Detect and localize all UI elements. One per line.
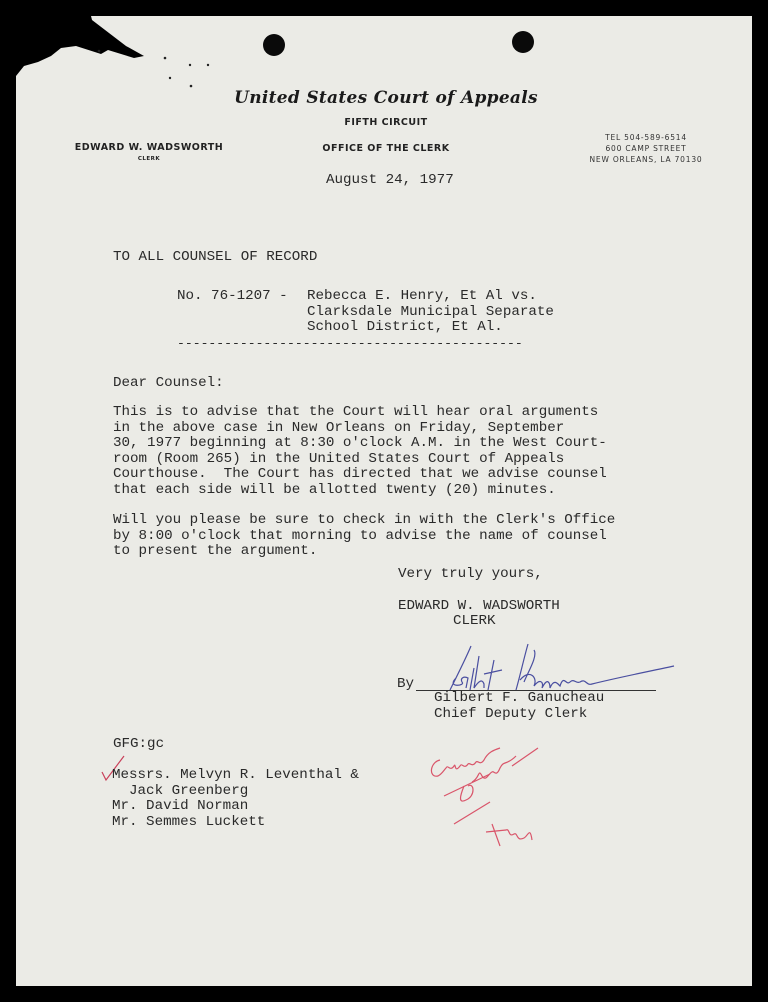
court-name: United States Court of Appeals (216, 88, 556, 108)
body-line: Will you please be sure to check in with… (113, 513, 615, 529)
cc-recipient: Jack Greenberg (112, 784, 359, 800)
letter-date: August 24, 1977 (326, 173, 454, 189)
clerk-name: EDWARD W. WADSWORTH (56, 142, 242, 153)
body-line: room (Room 265) in the United States Cou… (113, 452, 607, 468)
signer-title: CLERK (453, 614, 496, 630)
body-line: that each side will be allotted twenty (… (113, 483, 607, 499)
signatory-title: Chief Deputy Clerk (434, 707, 587, 723)
salutation: Dear Counsel: (113, 376, 224, 392)
punch-hole-left (263, 34, 285, 56)
cc-recipient: Messrs. Melvyn R. Leventhal & (112, 768, 359, 784)
cc-recipient: Mr. David Norman (112, 799, 359, 815)
case-title-line: Rebecca E. Henry, Et Al vs. (307, 289, 554, 305)
body-line: to present the argument. (113, 544, 615, 560)
addressee: TO ALL COUNSEL OF RECORD (113, 250, 317, 266)
office-label: OFFICE OF THE CLERK (256, 143, 516, 154)
complimentary-close: Very truly yours, (398, 567, 543, 583)
circuit-label: FIFTH CIRCUIT (256, 117, 516, 128)
signatory-name: Gilbert F. Ganucheau (434, 691, 604, 707)
body-line: in the above case in New Orleans on Frid… (113, 421, 607, 437)
city: NEW ORLEANS, LA 70130 (556, 154, 736, 165)
body-line: Courthouse. The Court has directed that … (113, 467, 607, 483)
address-block: TEL 504-589-6514 600 CAMP STREET NEW ORL… (556, 132, 736, 165)
case-title: Rebecca E. Henry, Et Al vs. Clarksdale M… (307, 289, 554, 336)
torn-corner (16, 16, 216, 96)
cc-recipient: Mr. Semmes Luckett (112, 815, 359, 831)
reference-initials: GFG:gc (113, 737, 164, 753)
case-title-line: Clarksdale Municipal Separate (307, 305, 554, 321)
handwritten-signature (416, 638, 676, 698)
punch-hole-right (512, 31, 534, 53)
body-paragraph-1: This is to advise that the Court will he… (113, 405, 607, 498)
handwritten-annotation (420, 738, 550, 848)
body-line: This is to advise that the Court will he… (113, 405, 607, 421)
by-label: By (397, 677, 414, 693)
case-title-line: School District, Et Al. (307, 320, 554, 336)
street: 600 CAMP STREET (556, 143, 736, 154)
body-paragraph-2: Will you please be sure to check in with… (113, 513, 615, 560)
letter-page: United States Court of Appeals FIFTH CIR… (16, 16, 752, 986)
phone: TEL 504-589-6514 (556, 132, 736, 143)
clerk-title: CLERK (56, 156, 242, 162)
cc-list: Messrs. Melvyn R. Leventhal & Jack Green… (112, 768, 359, 830)
body-line: by 8:00 o'clock that morning to advise t… (113, 529, 615, 545)
case-number: No. 76-1207 - (177, 289, 288, 305)
case-rule: ----------------------------------------… (177, 336, 523, 352)
body-line: 30, 1977 beginning at 8:30 o'clock A.M. … (113, 436, 607, 452)
